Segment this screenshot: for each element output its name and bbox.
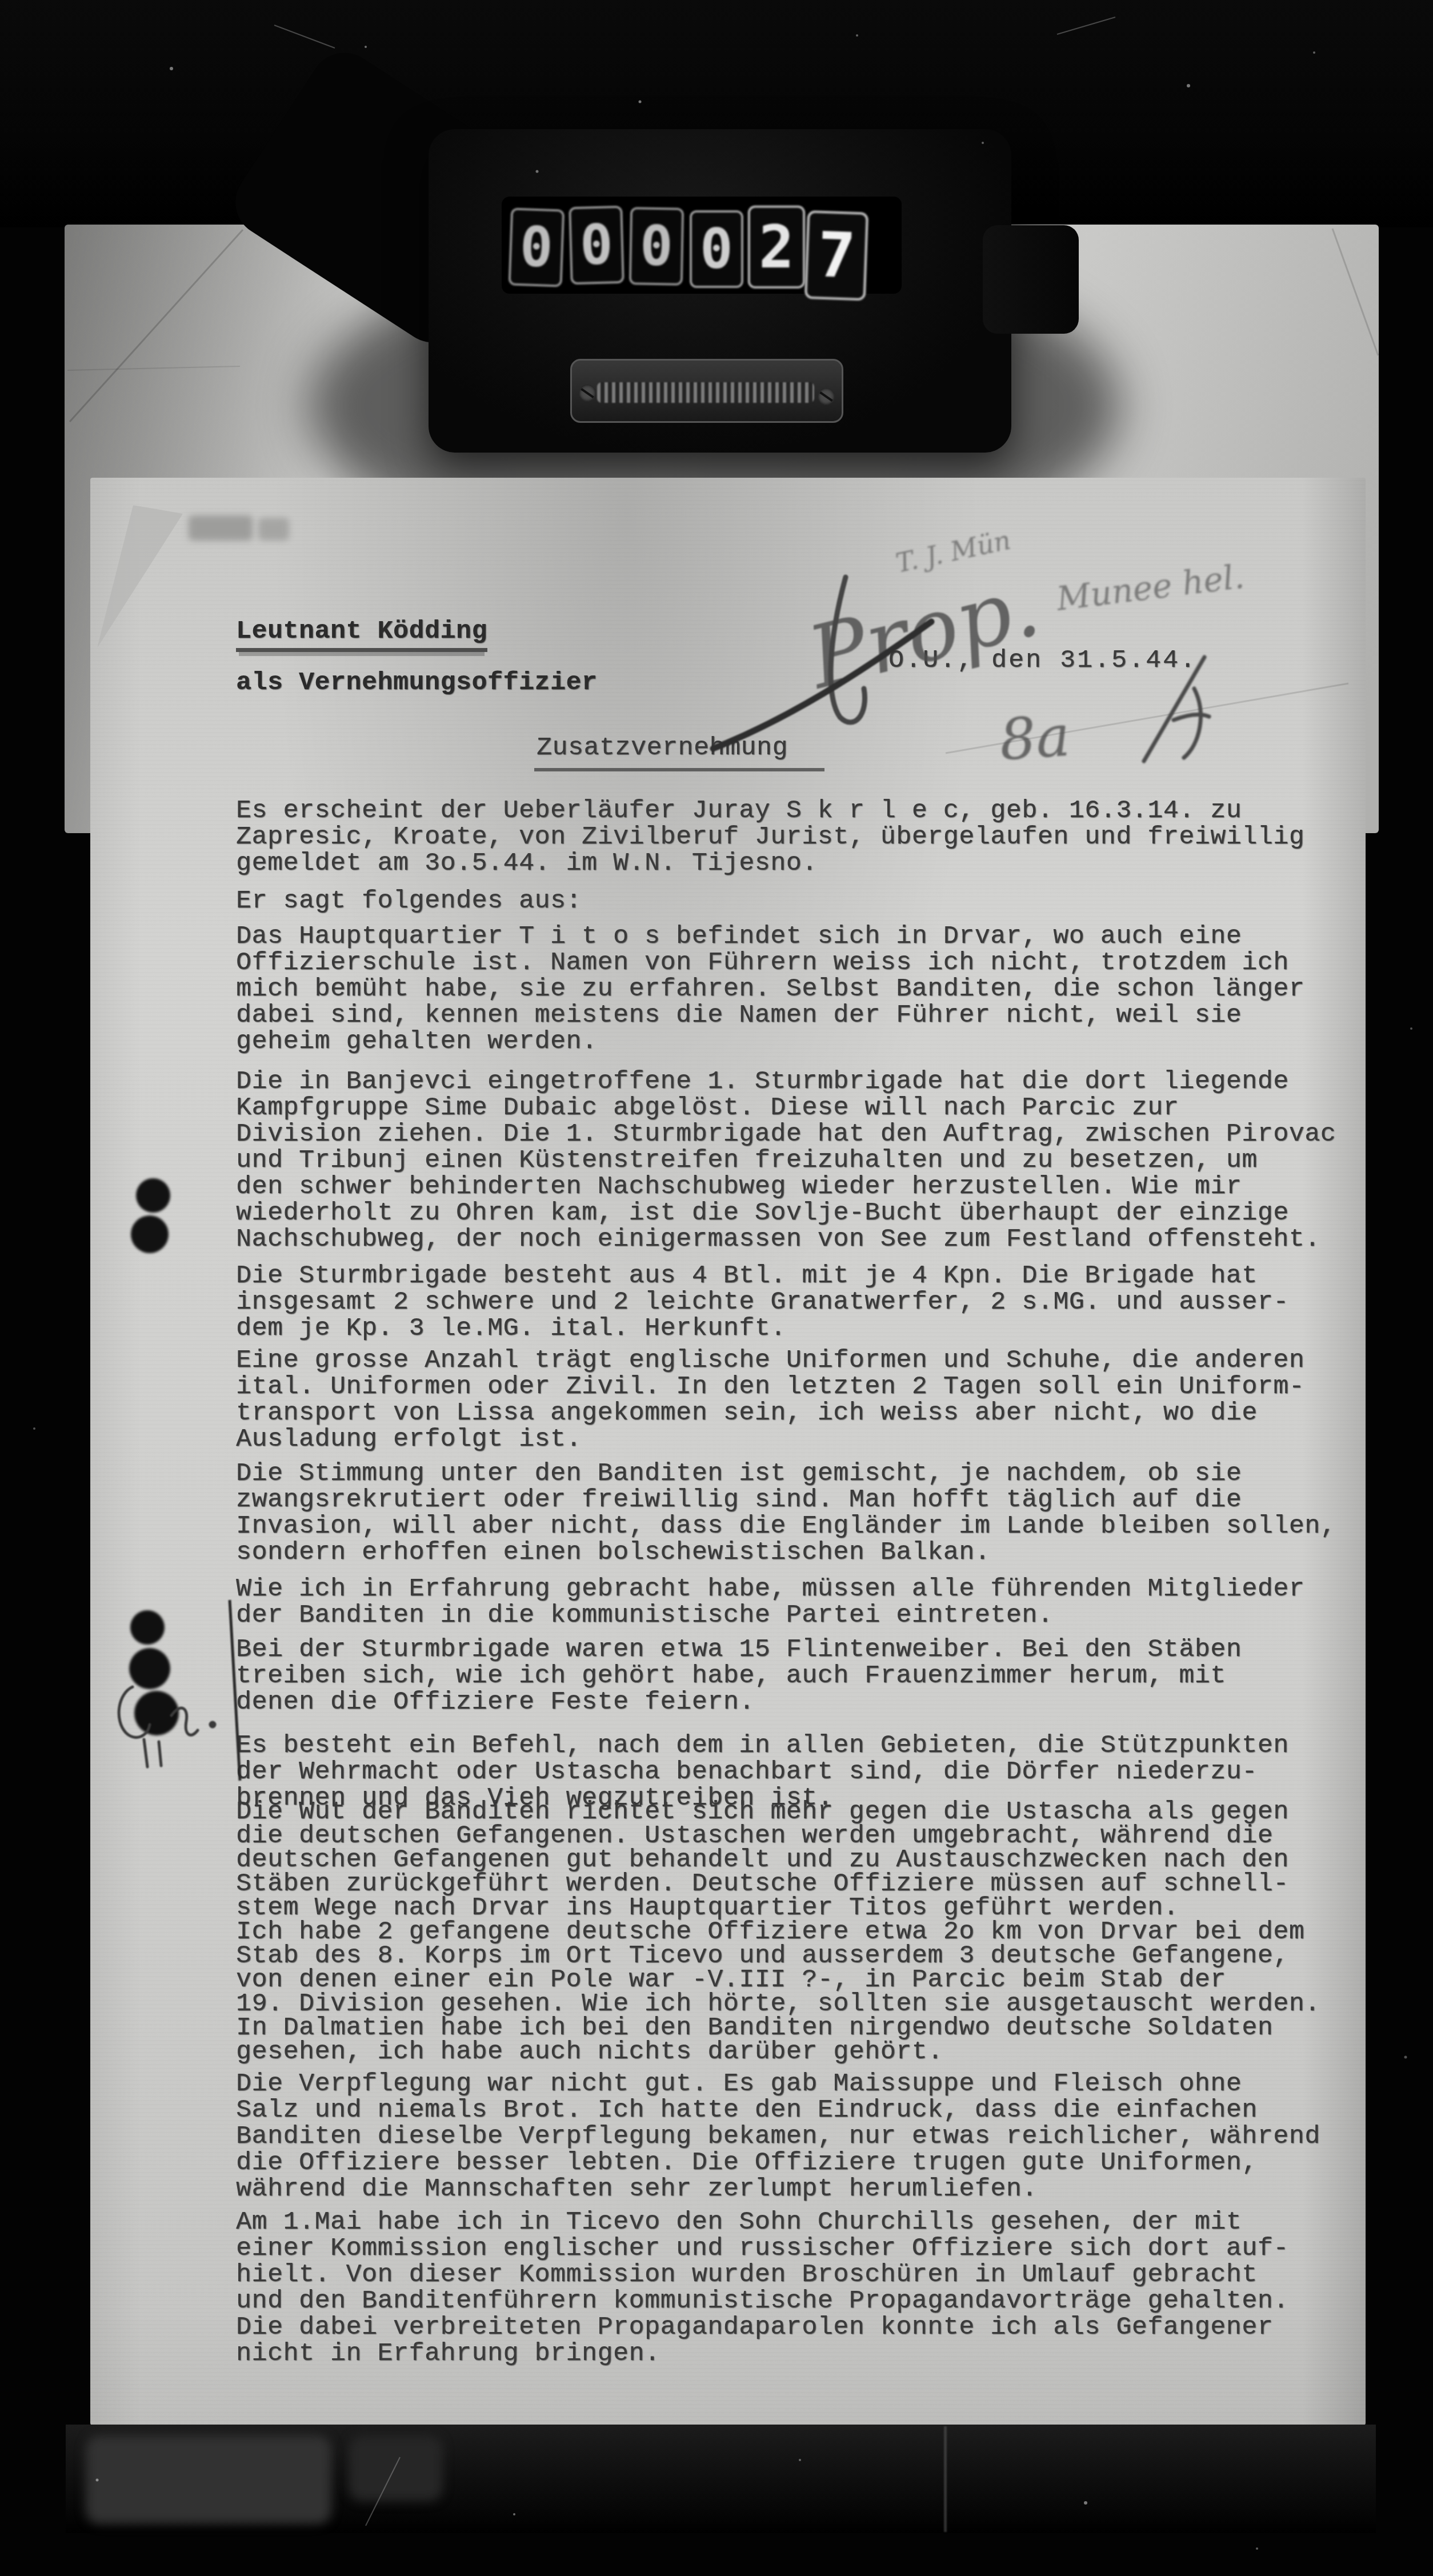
ink-blot-cluster: [119, 1610, 215, 1767]
number-mark-text: 8a: [998, 702, 1072, 774]
microfilm-scan: 0 0 0 0 2 7 Leutnant Ködding als Vernehm…: [0, 0, 1433, 2576]
ink-blot-cluster: [131, 1178, 170, 1253]
scribble-right-text: Munee hel.: [1054, 557, 1246, 618]
film-dust-specks: [33, 34, 1412, 2550]
film-scratches: [274, 17, 1115, 2526]
handwriting-overlay: Prop. T. J. Mün Munee hel. 8a: [0, 0, 1433, 2576]
slash-mark: [1144, 657, 1209, 761]
fold-crease-lines: [67, 229, 1378, 753]
margin-emphasis-line: [230, 1600, 240, 1781]
